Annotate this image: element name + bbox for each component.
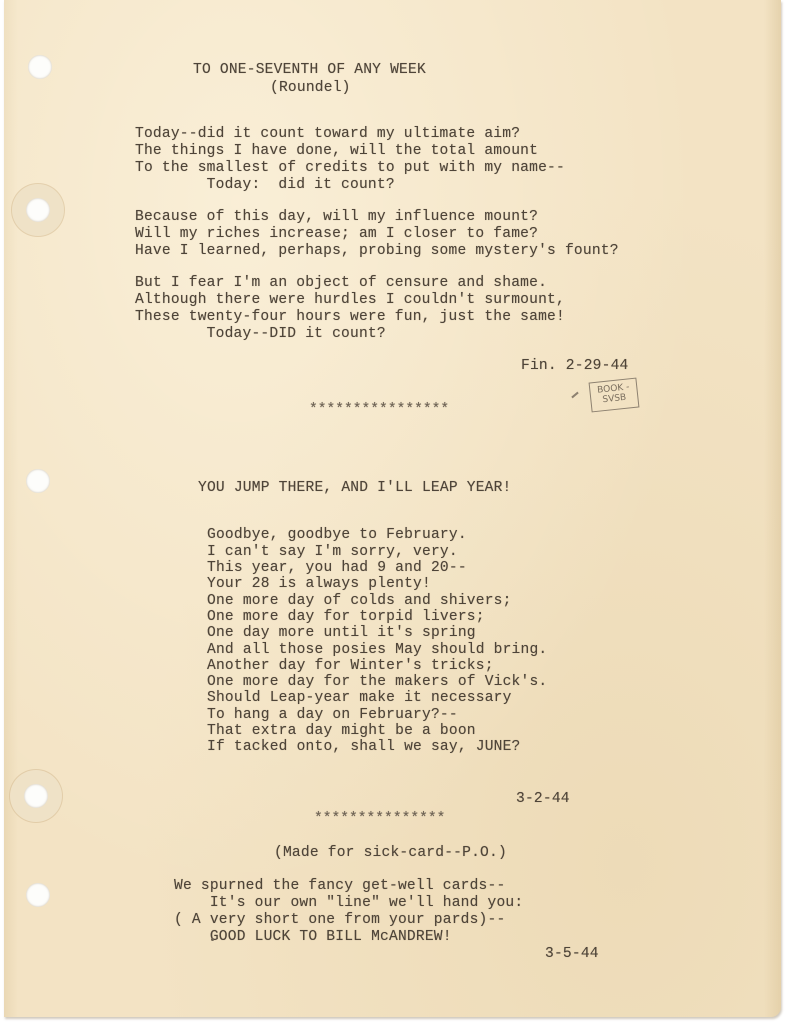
punch-hole — [26, 883, 50, 907]
poem2-line: This year, you had 9 and 20-- — [207, 560, 467, 577]
poem2-line: One more day of colds and shivers; — [207, 593, 512, 610]
poem3-line: GOOD LUCK TO BILL McANDREW! — [174, 929, 452, 946]
poem1-date: Fin. 2-29-44 — [521, 358, 629, 375]
poem2-line: One more day for the makers of Vick's. — [207, 674, 547, 691]
poem1-title: TO ONE-SEVENTH OF ANY WEEK — [193, 62, 426, 79]
ink-spot — [211, 938, 214, 941]
poem1-line: Today: did it count? — [135, 177, 395, 194]
poem2-date: 3-2-44 — [516, 791, 570, 808]
poem1-line: Have I learned, perhaps, probing some my… — [135, 243, 619, 260]
reinforced-punch-hole — [10, 770, 62, 822]
poem2-line: Goodbye, goodbye to February. — [207, 527, 467, 544]
poem1-subtitle: (Roundel) — [270, 80, 351, 97]
typewritten-page: TO ONE-SEVENTH OF ANY WEEK (Roundel) Tod… — [4, 0, 781, 1017]
punch-hole — [28, 55, 52, 79]
separator-stars: *************** — [314, 811, 445, 828]
punch-hole — [26, 198, 50, 222]
poem3-title: (Made for sick-card--P.O.) — [274, 845, 507, 862]
poem2-line: Your 28 is always plenty! — [207, 576, 431, 593]
punch-hole — [26, 469, 50, 493]
poem1-line: Today--DID it count? — [135, 326, 386, 343]
poem1-line: Because of this day, will my influence m… — [135, 209, 538, 226]
poem3-line: It's our own "line" we'll hand you: — [174, 895, 523, 912]
poem2-line: And all those posies May should bring. — [207, 642, 547, 659]
poem1-line: These twenty-four hours were fun, just t… — [135, 309, 565, 326]
poem3-date: 3-5-44 — [545, 946, 599, 963]
punch-hole — [24, 784, 48, 808]
reinforced-punch-hole — [12, 184, 64, 236]
poem1-line: Will my riches increase; am I closer to … — [135, 226, 538, 243]
separator-stars: **************** — [309, 402, 449, 419]
poem2-line: If tacked onto, shall we say, JUNE? — [207, 739, 521, 756]
poem2-line: Should Leap-year make it necessary — [207, 690, 512, 707]
poem2-line: Another day for Winter's tricks; — [207, 658, 494, 675]
poem2-line: To hang a day on February?-- — [207, 707, 458, 724]
poem1-line: The things I have done, will the total a… — [135, 143, 538, 160]
poem2-title: YOU JUMP THERE, AND I'LL LEAP YEAR! — [198, 480, 512, 497]
poem2-line: That extra day might be a boon — [207, 723, 476, 740]
poem1-line: To the smallest of credits to put with m… — [135, 160, 565, 177]
poem1-line: But I fear I'm an object of censure and … — [135, 275, 547, 292]
poem2-line: One day more until it's spring — [207, 625, 476, 642]
handwritten-note: BOOK - SVSB — [589, 378, 640, 413]
poem1-line: Today--did it count toward my ultimate a… — [135, 126, 520, 143]
poem2-line: One more day for torpid livers; — [207, 609, 485, 626]
poem1-line: Although there were hurdles I couldn't s… — [135, 292, 565, 309]
poem3-line: ( A very short one from your pards)-- — [174, 912, 505, 929]
poem2-line: I can't say I'm sorry, very. — [207, 544, 458, 561]
poem3-line: We spurned the fancy get-well cards-- — [174, 878, 505, 895]
handwritten-checkmark — [571, 392, 578, 399]
